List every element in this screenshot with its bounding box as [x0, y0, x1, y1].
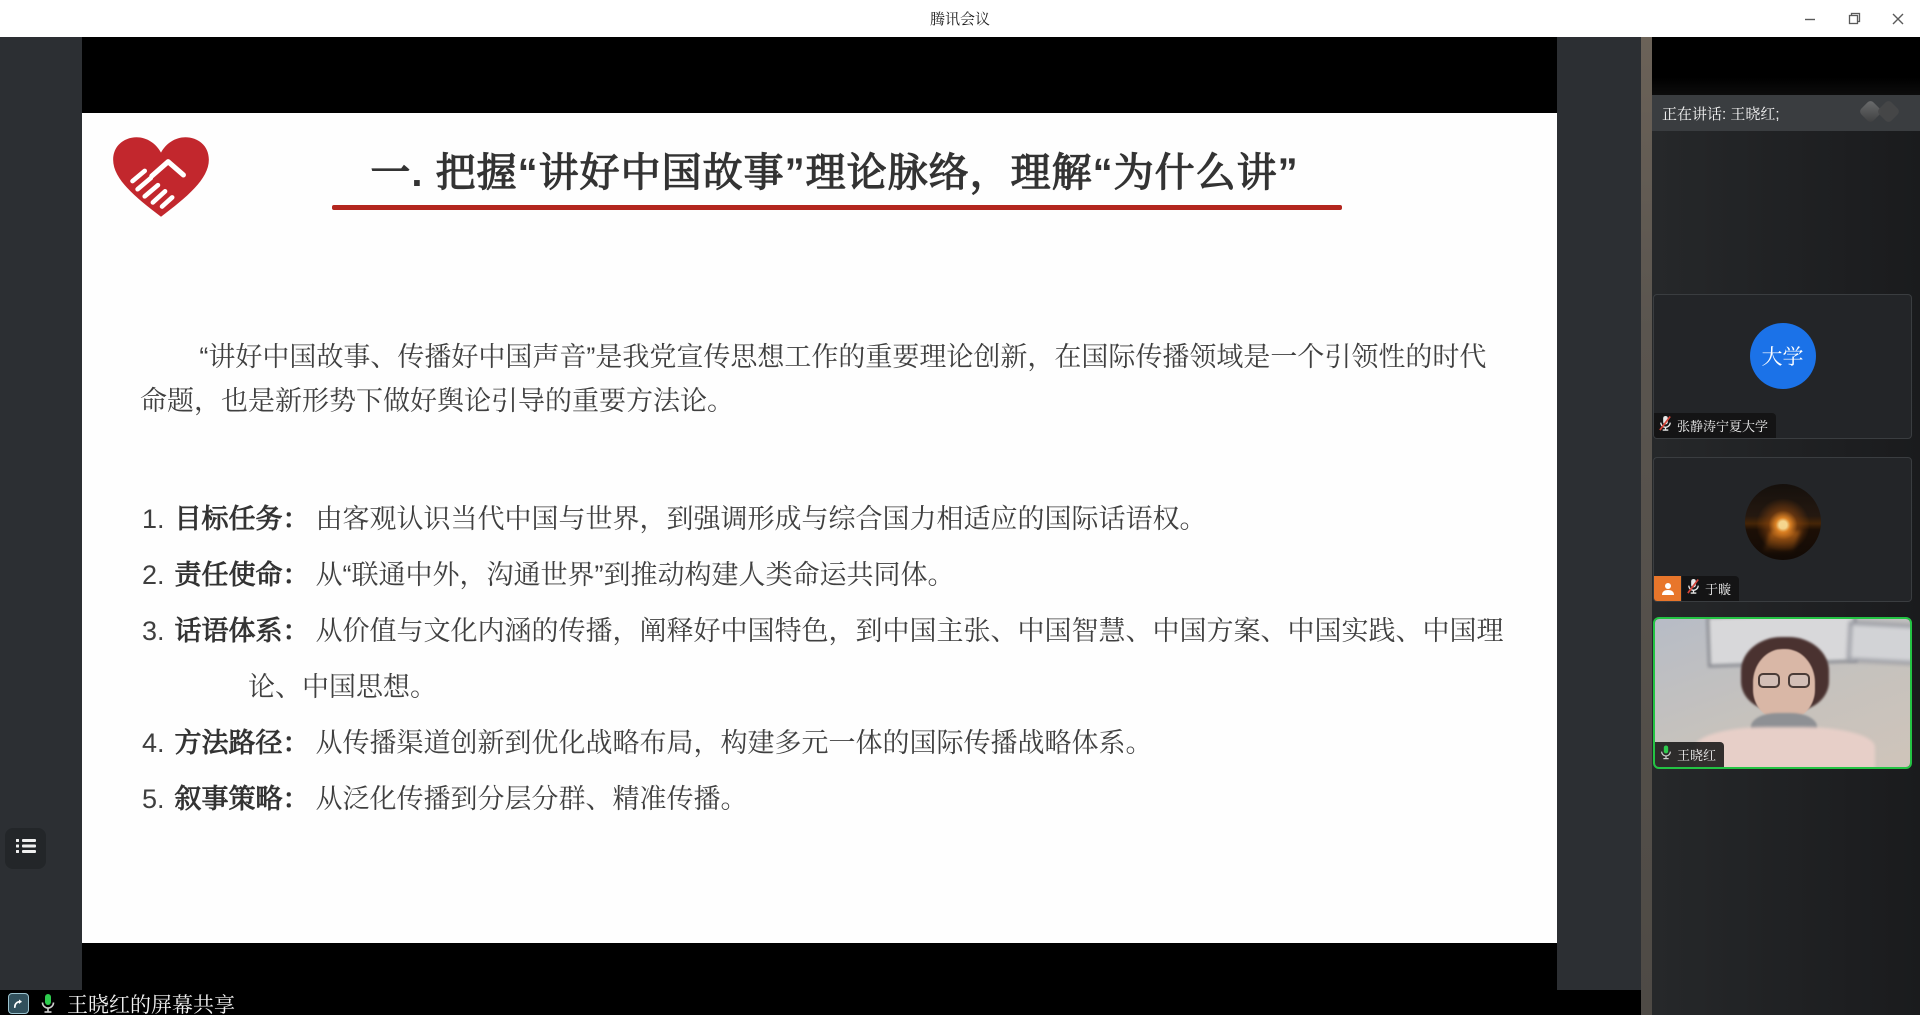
item-number: 2.: [142, 560, 165, 590]
active-speaker-label: 正在讲话: 王晓红;: [1652, 103, 1780, 124]
active-speaker-bar: 正在讲话: 王晓红;: [1652, 95, 1920, 131]
restore-button[interactable]: [1832, 0, 1876, 37]
participant-name: 张静涛宁夏大学: [1677, 416, 1768, 435]
sidebar-resize-handle[interactable]: [1641, 37, 1652, 1015]
letterbox-top: [82, 37, 1557, 113]
list-item: 2.责任使命：从“联通中外，沟通世界”到推动构建人类命运共同体。: [142, 547, 1514, 603]
item-label: 目标任务：: [175, 504, 310, 534]
background-frame: [1847, 621, 1912, 665]
close-icon: [1892, 13, 1904, 25]
item-text: 从传播渠道创新到优化战略布局，构建多元一体的国际传播战略体系。: [316, 728, 1153, 758]
item-label: 话语体系：: [175, 616, 310, 646]
person-badge-icon: [1654, 576, 1681, 601]
glasses-lens: [1758, 673, 1780, 688]
avatar: 大学: [1750, 323, 1816, 389]
participant-name: 于暶: [1705, 579, 1731, 598]
list-icon: [16, 837, 36, 860]
window-controls: [1788, 0, 1920, 37]
item-text: 从价值与文化内涵的传播，阐释好中国特色，到中国主张、中国智慧、中国方案、中国实践…: [248, 616, 1504, 702]
list-item: 4.方法路径：从传播渠道创新到优化战略布局，构建多元一体的国际传播战略体系。: [142, 715, 1514, 771]
item-label: 方法路径：: [175, 728, 310, 758]
mic-on-icon: [40, 993, 56, 1015]
item-text: 由客观认识当代中国与世界，到强调形成与综合国力相适应的国际话语权。: [316, 504, 1207, 534]
list-item: 1.目标任务：由客观认识当代中国与世界，到强调形成与综合国力相适应的国际话语权。: [142, 491, 1514, 547]
title-underline: [332, 205, 1342, 210]
item-label: 责任使命：: [175, 560, 310, 590]
slide-paragraph: “讲好中国故事、传播好中国声音”是我党宣传思想工作的重要理论创新，在国际传播领域…: [140, 335, 1512, 423]
window-titlebar: 腾讯会议: [0, 0, 1920, 37]
window-title: 腾讯会议: [0, 0, 1920, 37]
list-item: 5.叙事策略：从泛化传播到分层分群、精准传播。: [142, 771, 1514, 827]
close-button[interactable]: [1876, 0, 1920, 37]
participant-name-chip: 张静涛宁夏大学: [1654, 413, 1776, 438]
restore-icon: [1848, 12, 1861, 25]
participant-tile[interactable]: 于暶: [1653, 457, 1912, 602]
screen-share-indicator-bar: 王晓红的屏幕共享: [0, 990, 1641, 1015]
share-bar-label: 王晓红的屏幕共享: [67, 993, 235, 1015]
item-number: 4.: [142, 728, 165, 758]
item-number: 5.: [142, 784, 165, 814]
glasses-lens: [1788, 673, 1810, 688]
minimize-button[interactable]: [1788, 0, 1832, 37]
item-label: 叙事策略：: [175, 784, 310, 814]
item-number: 3.: [142, 616, 165, 646]
participant-name-chip: 王晓红: [1655, 742, 1724, 767]
mic-muted-icon: [1658, 415, 1673, 437]
meeting-main-area: 一. 把握“讲好中国故事”理论脉络，理解“为什么讲” “讲好中国故事、传播好中国…: [0, 37, 1920, 1015]
item-number: 1.: [142, 504, 165, 534]
slide-title: 一. 把握“讲好中国故事”理论脉络，理解“为什么讲”: [142, 141, 1527, 198]
participant-tile[interactable]: 大学 张静涛宁夏大学: [1653, 294, 1912, 439]
presentation-slide: 一. 把握“讲好中国故事”理论脉络，理解“为什么讲” “讲好中国故事、传播好中国…: [82, 113, 1557, 943]
list-item: 3.话语体系：从价值与文化内涵的传播，阐释好中国特色，到中国主张、中国智慧、中国…: [142, 603, 1514, 715]
immersive-list-button[interactable]: [5, 828, 46, 869]
sidebar-top-shade: [1652, 37, 1920, 95]
screen-share-stage: 一. 把握“讲好中国故事”理论脉络，理解“为什么讲” “讲好中国故事、传播好中国…: [0, 37, 1641, 1015]
sunset-reflection: [1764, 531, 1801, 551]
item-text: 从“联通中外，沟通世界”到推动构建人类命运共同体。: [316, 560, 955, 590]
sunset-avatar-image: [1745, 484, 1821, 560]
screen-share-icon: [8, 993, 29, 1014]
mic-muted-icon: [1686, 578, 1701, 600]
slide-list: 1.目标任务：由客观认识当代中国与世界，到强调形成与综合国力相适应的国际话语权。…: [142, 491, 1514, 827]
glasses: [1757, 673, 1811, 689]
item-text: 从泛化传播到分层分群、精准传播。: [316, 784, 748, 814]
participant-tile-active-speaker[interactable]: 王晓红: [1653, 617, 1912, 769]
mic-on-icon: [1659, 744, 1673, 766]
participant-name: 王晓红: [1677, 745, 1716, 764]
tencent-meeting-logo: [1854, 97, 1912, 136]
participant-name-chip: 于暶: [1682, 576, 1739, 601]
participants-sidebar: 正在讲话: 王晓红; 大学: [1652, 37, 1920, 1015]
minimize-icon: [1804, 13, 1816, 25]
